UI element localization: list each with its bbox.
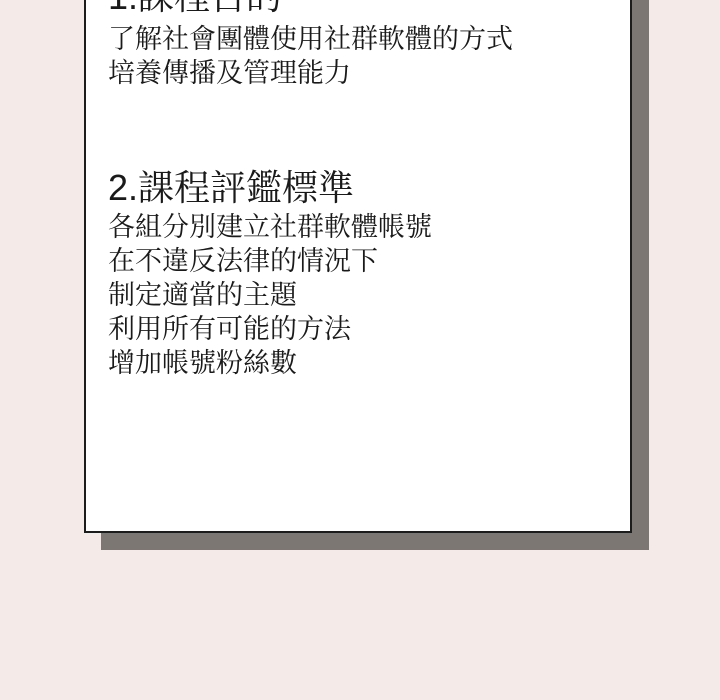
evaluation-criteria-line: 各組分別建立社群軟體帳號 <box>108 210 620 244</box>
course-purpose-line: 培養傳播及管理能力 <box>108 56 620 90</box>
evaluation-criteria-line: 制定適當的主題 <box>108 278 620 312</box>
section-evaluation-criteria: 2.課程評鑑標準 各組分別建立社群軟體帳號 在不違反法律的情況下 制定適當的主題… <box>108 166 620 380</box>
course-purpose-title: 1.課程目的 <box>108 0 620 19</box>
section-course-purpose: 1.課程目的 了解社會團體使用社群軟體的方式 培養傳播及管理能力 <box>108 0 620 90</box>
evaluation-criteria-line: 增加帳號粉絲數 <box>108 346 620 380</box>
course-purpose-line: 了解社會團體使用社群軟體的方式 <box>108 22 620 56</box>
evaluation-criteria-line: 在不違反法律的情況下 <box>108 244 620 278</box>
evaluation-criteria-title: 2.課程評鑑標準 <box>108 166 620 210</box>
evaluation-criteria-line: 利用所有可能的方法 <box>108 312 620 346</box>
slide-card: 1.課程目的 了解社會團體使用社群軟體的方式 培養傳播及管理能力 2.課程評鑑標… <box>84 0 632 533</box>
page-background: 1.課程目的 了解社會團體使用社群軟體的方式 培養傳播及管理能力 2.課程評鑑標… <box>0 0 720 700</box>
